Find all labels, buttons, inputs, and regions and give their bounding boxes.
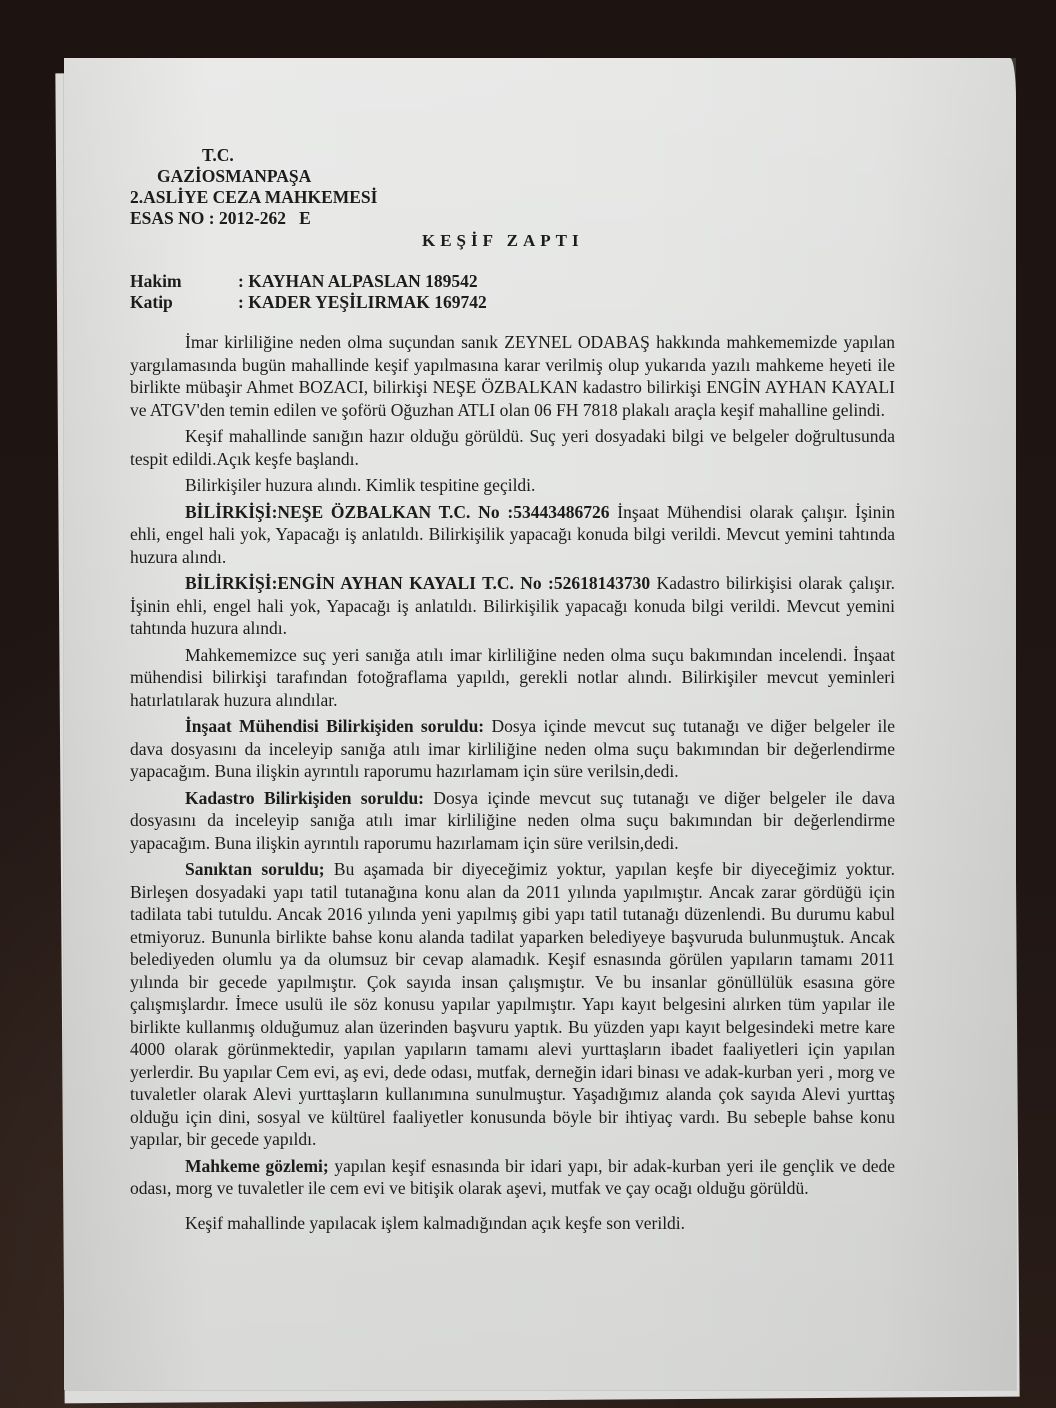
paragraph-expert-2: BİLİRKİŞİ:ENGİN AYHAN KAYALI T.C. No :52… — [130, 572, 895, 640]
paragraph-court-observation: Mahkeme gözlemi; yapılan keşif esnasında… — [130, 1155, 895, 1200]
header-case-number: ESAS NO : 2012-262 E — [130, 208, 895, 229]
document-content: T.C. GAZİOSMANPAŞA 2.ASLİYE CEZA MAHKEME… — [130, 145, 895, 1238]
paragraph-text: Keşif mahallinde sanığın hazır olduğu gö… — [130, 426, 895, 469]
staff-value: : KAYHAN ALPASLAN 189542 — [238, 271, 478, 292]
paragraph-text: İmar kirliliğine neden olma suçundan san… — [130, 332, 895, 420]
paragraph-closing: Keşif mahallinde yapılacak işlem kalmadı… — [130, 1212, 895, 1235]
court-staff: Hakim : KAYHAN ALPASLAN 189542 Katip : K… — [130, 271, 895, 313]
paragraph-cadastre-question: Kadastro Bilirkişiden soruldu: Dosya içi… — [130, 787, 895, 855]
paragraph-intro: İmar kirliliğine neden olma suçundan san… — [130, 331, 895, 421]
document-title: KEŞİF ZAPTI — [422, 230, 584, 253]
paragraph-lead: BİLİRKİŞİ:NEŞE ÖZBALKAN T.C. No :5344348… — [185, 502, 609, 522]
paragraph-defendant-statement: Sanıktan soruldu; Bu aşamada bir diyeceğ… — [130, 858, 895, 1151]
paragraph-lead: Mahkeme gözlemi; — [185, 1156, 329, 1176]
staff-value: : KADER YEŞİLIRMAK 169742 — [238, 292, 487, 313]
header-republic: T.C. — [130, 145, 895, 166]
staff-row-clerk: Katip : KADER YEŞİLIRMAK 169742 — [130, 292, 895, 313]
paragraph-text: Bilirkişiler huzura alındı. Kimlik tespi… — [185, 475, 535, 495]
court-header: T.C. GAZİOSMANPAŞA 2.ASLİYE CEZA MAHKEME… — [130, 145, 895, 229]
staff-role: Hakim — [130, 271, 238, 292]
staff-row-judge: Hakim : KAYHAN ALPASLAN 189542 — [130, 271, 895, 292]
paragraph-text: Bu aşamada bir diyeceğimiz yoktur, yapıl… — [130, 859, 895, 1149]
paragraph-text: Mahkememizce suç yeri sanığa atılı imar … — [130, 645, 895, 710]
paragraph-experts-called: Bilirkişiler huzura alındı. Kimlik tespi… — [130, 474, 895, 497]
paragraph-engineer-question: İnşaat Mühendisi Bilirkişiden soruldu: D… — [130, 715, 895, 783]
header-court-name: 2.ASLİYE CEZA MAHKEMESİ — [130, 187, 895, 208]
paragraph-lead: Sanıktan soruldu; — [185, 859, 325, 879]
paragraph-lead: İnşaat Mühendisi Bilirkişiden soruldu: — [185, 716, 484, 736]
paragraph-expert-1: BİLİRKİŞİ:NEŞE ÖZBALKAN T.C. No :5344348… — [130, 501, 895, 569]
paragraph-site-inspected: Mahkememizce suç yeri sanığa atılı imar … — [130, 644, 895, 712]
header-district: GAZİOSMANPAŞA — [130, 166, 895, 187]
paragraph-lead: Kadastro Bilirkişiden soruldu: — [185, 788, 424, 808]
paragraph-lead: BİLİRKİŞİ:ENGİN AYHAN KAYALI T.C. No :52… — [185, 573, 650, 593]
document-body: İmar kirliliğine neden olma suçundan san… — [130, 331, 895, 1234]
staff-role: Katip — [130, 292, 238, 313]
paragraph-defendant-present: Keşif mahallinde sanığın hazır olduğu gö… — [130, 425, 895, 470]
paragraph-text: Keşif mahallinde yapılacak işlem kalmadı… — [185, 1213, 685, 1233]
